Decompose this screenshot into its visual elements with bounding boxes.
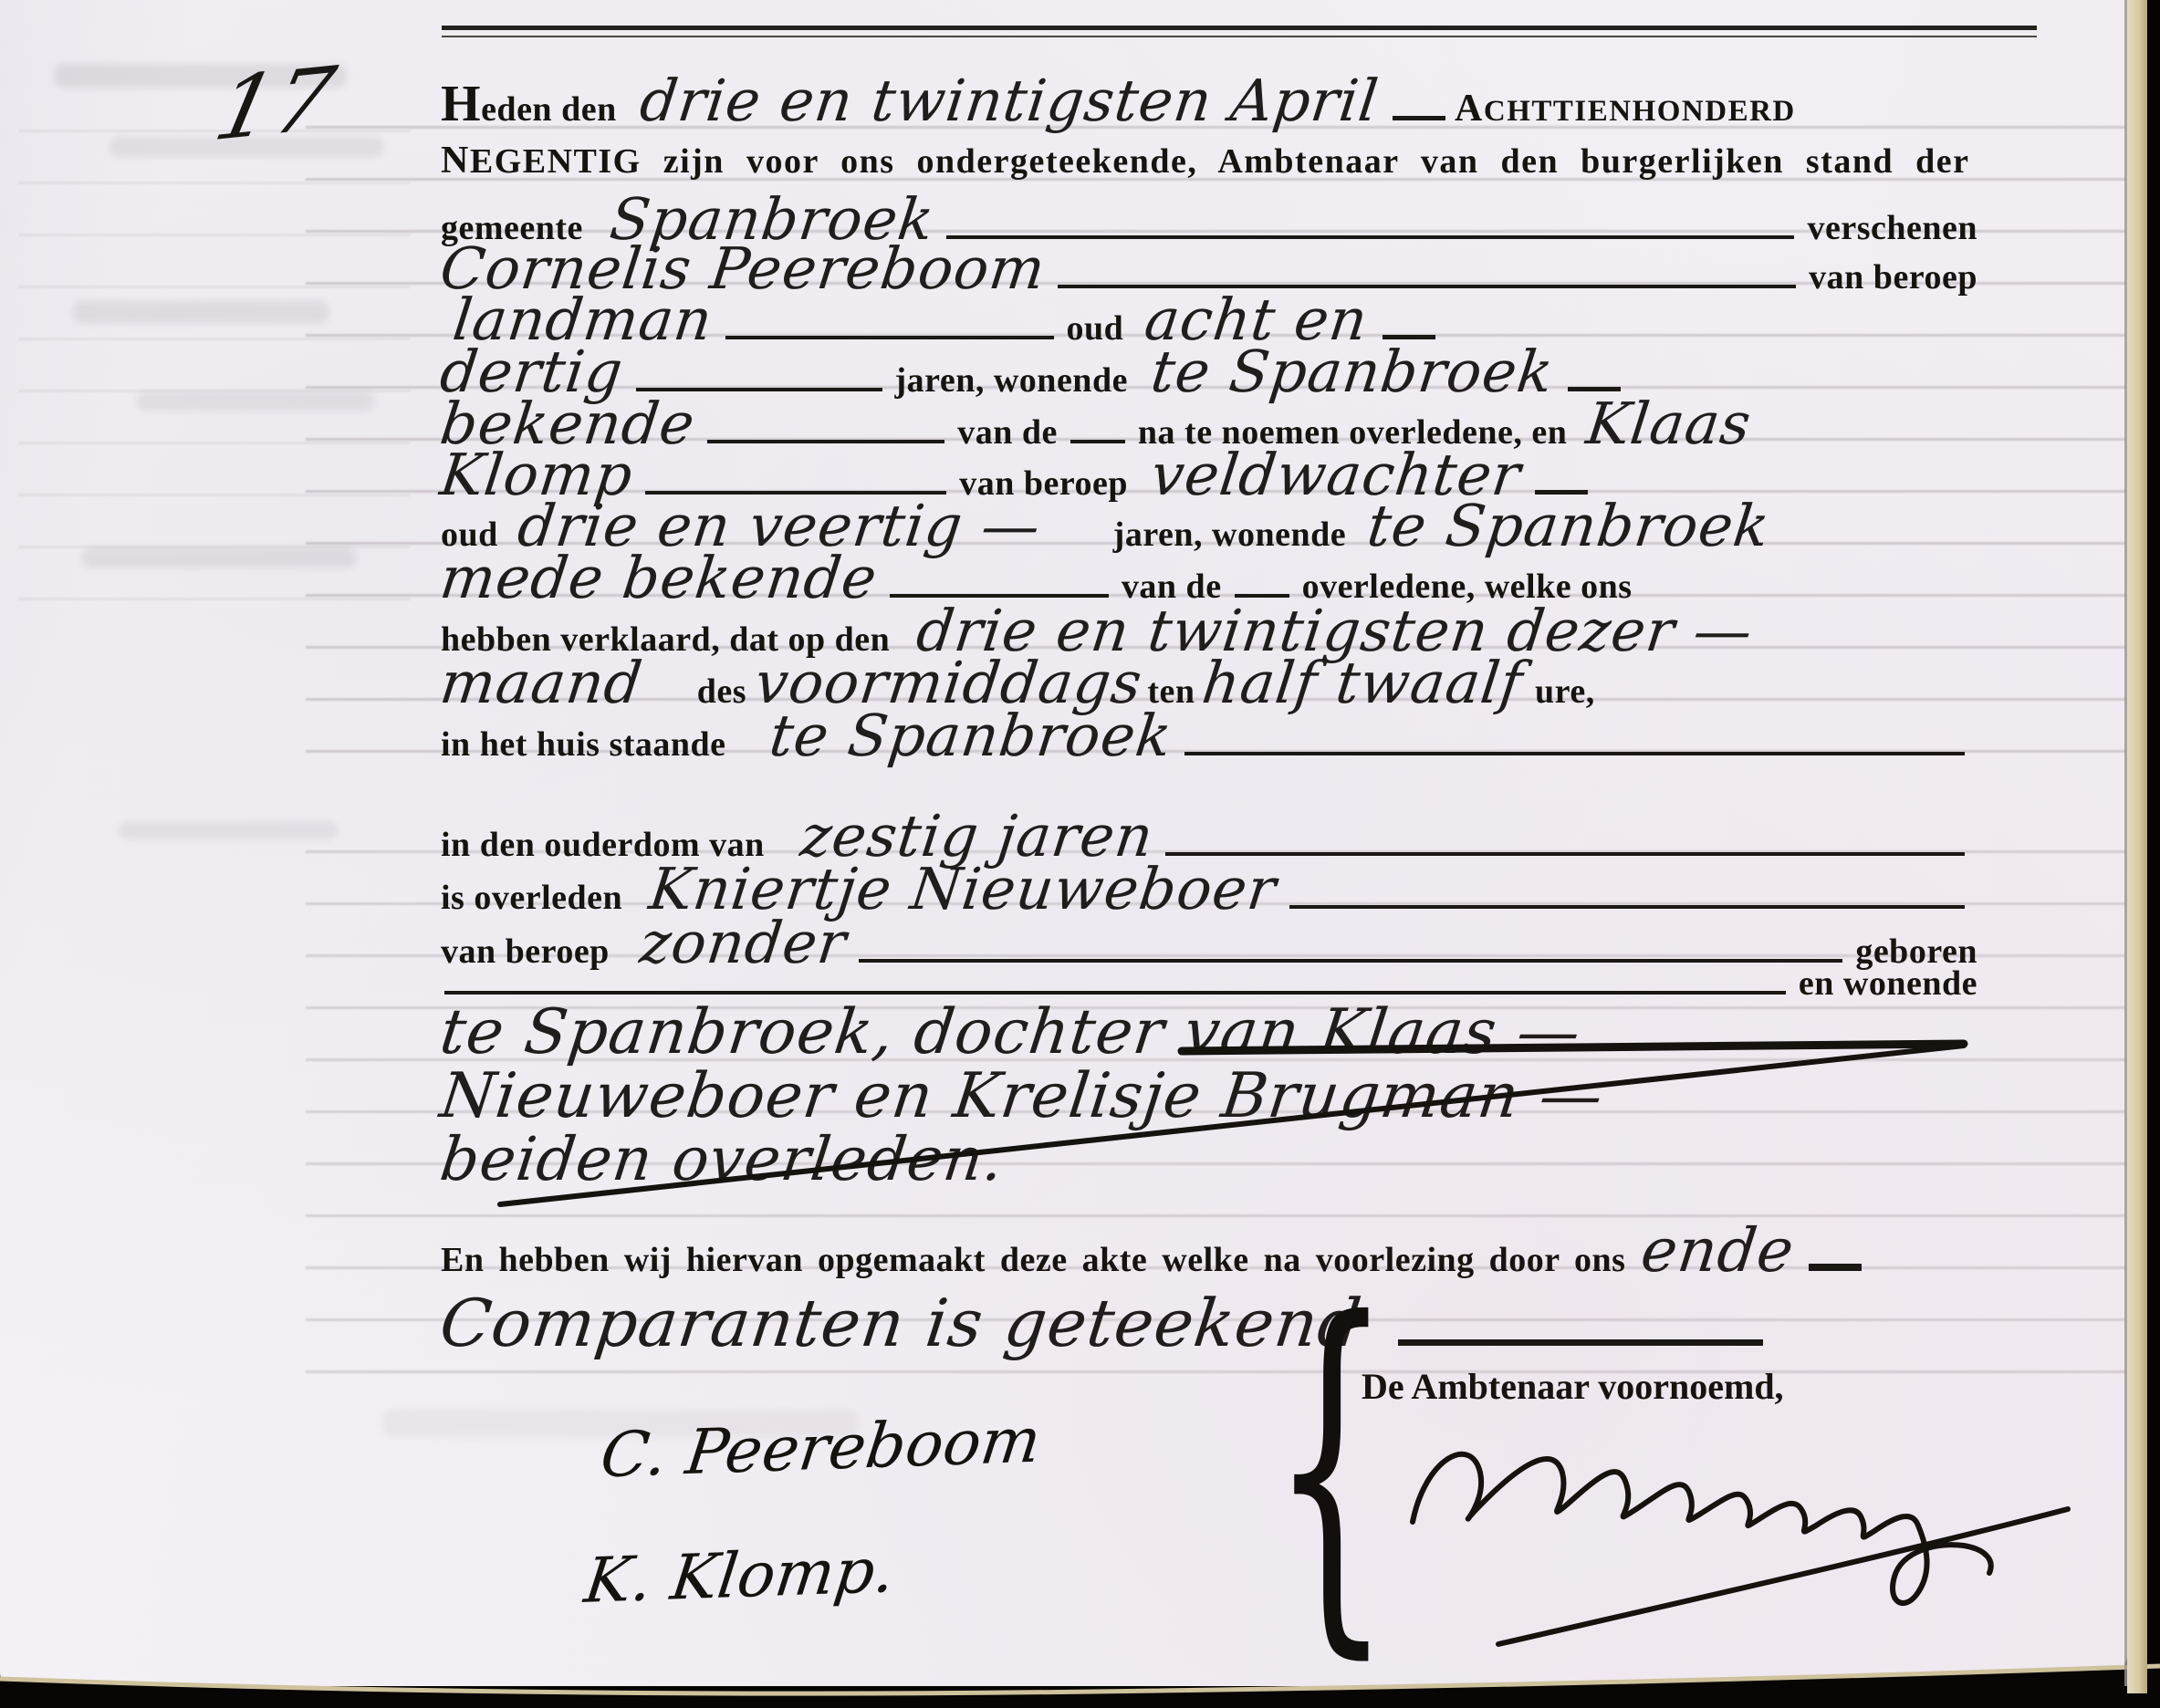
form-line-22: Comparanten is geteekend — [441, 1285, 1977, 1361]
handwritten-date: drie en twintigsten April — [636, 68, 1382, 134]
brace-glyph: { — [1270, 1314, 1393, 1620]
top-rule-secondary — [442, 36, 2037, 37]
handwritten-comparanten: Comparanten is geteekend — [436, 1285, 1366, 1361]
blank-rule — [1184, 752, 1965, 755]
handwritten-dash — [1393, 116, 1445, 120]
official-title-label: De Ambtenaar voornoemd, — [1362, 1365, 1784, 1408]
form-line-19: Nieuweboer en Krelisje Brugman — — [441, 1060, 1977, 1132]
form-line-21: En hebben wij hiervan opgemaakt deze akt… — [441, 1215, 1977, 1286]
form-line-13: in het huis staande te Spanbroek — [441, 703, 1977, 769]
handwritten-dash — [1809, 1264, 1862, 1271]
handwritten-beiden-overleden: beiden overleden. — [436, 1124, 1007, 1194]
scanned-death-record: 17 Heden den drie en twintigsten April A… — [0, 0, 2160, 1708]
printed-in-het-huis: in het huis staande — [441, 724, 726, 765]
blank-rule — [859, 959, 1842, 963]
printed-en-hebben-wij: En hebben wij hiervan opgemaakt deze akt… — [441, 1240, 1625, 1280]
witness2-signature: K. Klomp. — [580, 1535, 899, 1618]
top-rule-primary — [442, 26, 2037, 30]
handwritten-ende: ende — [1638, 1215, 1799, 1286]
printed-negentig-sentence: NEGENTIG zijn voor ons ondergeteekende, … — [441, 139, 1970, 182]
handwritten-death-place: te Spanbroek — [766, 703, 1175, 769]
printed-achttienhonderd: ACHTTIENHONDERD — [1455, 87, 1796, 130]
blank-rule — [1398, 1339, 1763, 1346]
handwritten-parents2: Nieuweboer en Krelisje Brugman — — [436, 1060, 1607, 1132]
blank-rule — [1289, 905, 1966, 909]
printed-heden-den: Heden den — [441, 75, 617, 133]
form-line-18: te Spanbroek, dochter van Klaas — — [441, 996, 1977, 1068]
handwritten-deceased-residence-parents1: te Spanbroek, dochter van Klaas — — [436, 996, 1585, 1068]
form-line-1: Heden den drie en twintigsten April ACHT… — [441, 68, 1977, 134]
page-right-edge — [2127, 0, 2147, 1693]
form-line-20: beiden overleden. — [441, 1124, 1977, 1194]
blank-rule — [444, 991, 1786, 995]
form-line-2: NEGENTIG zijn voor ons ondergeteekende, … — [441, 139, 1977, 182]
